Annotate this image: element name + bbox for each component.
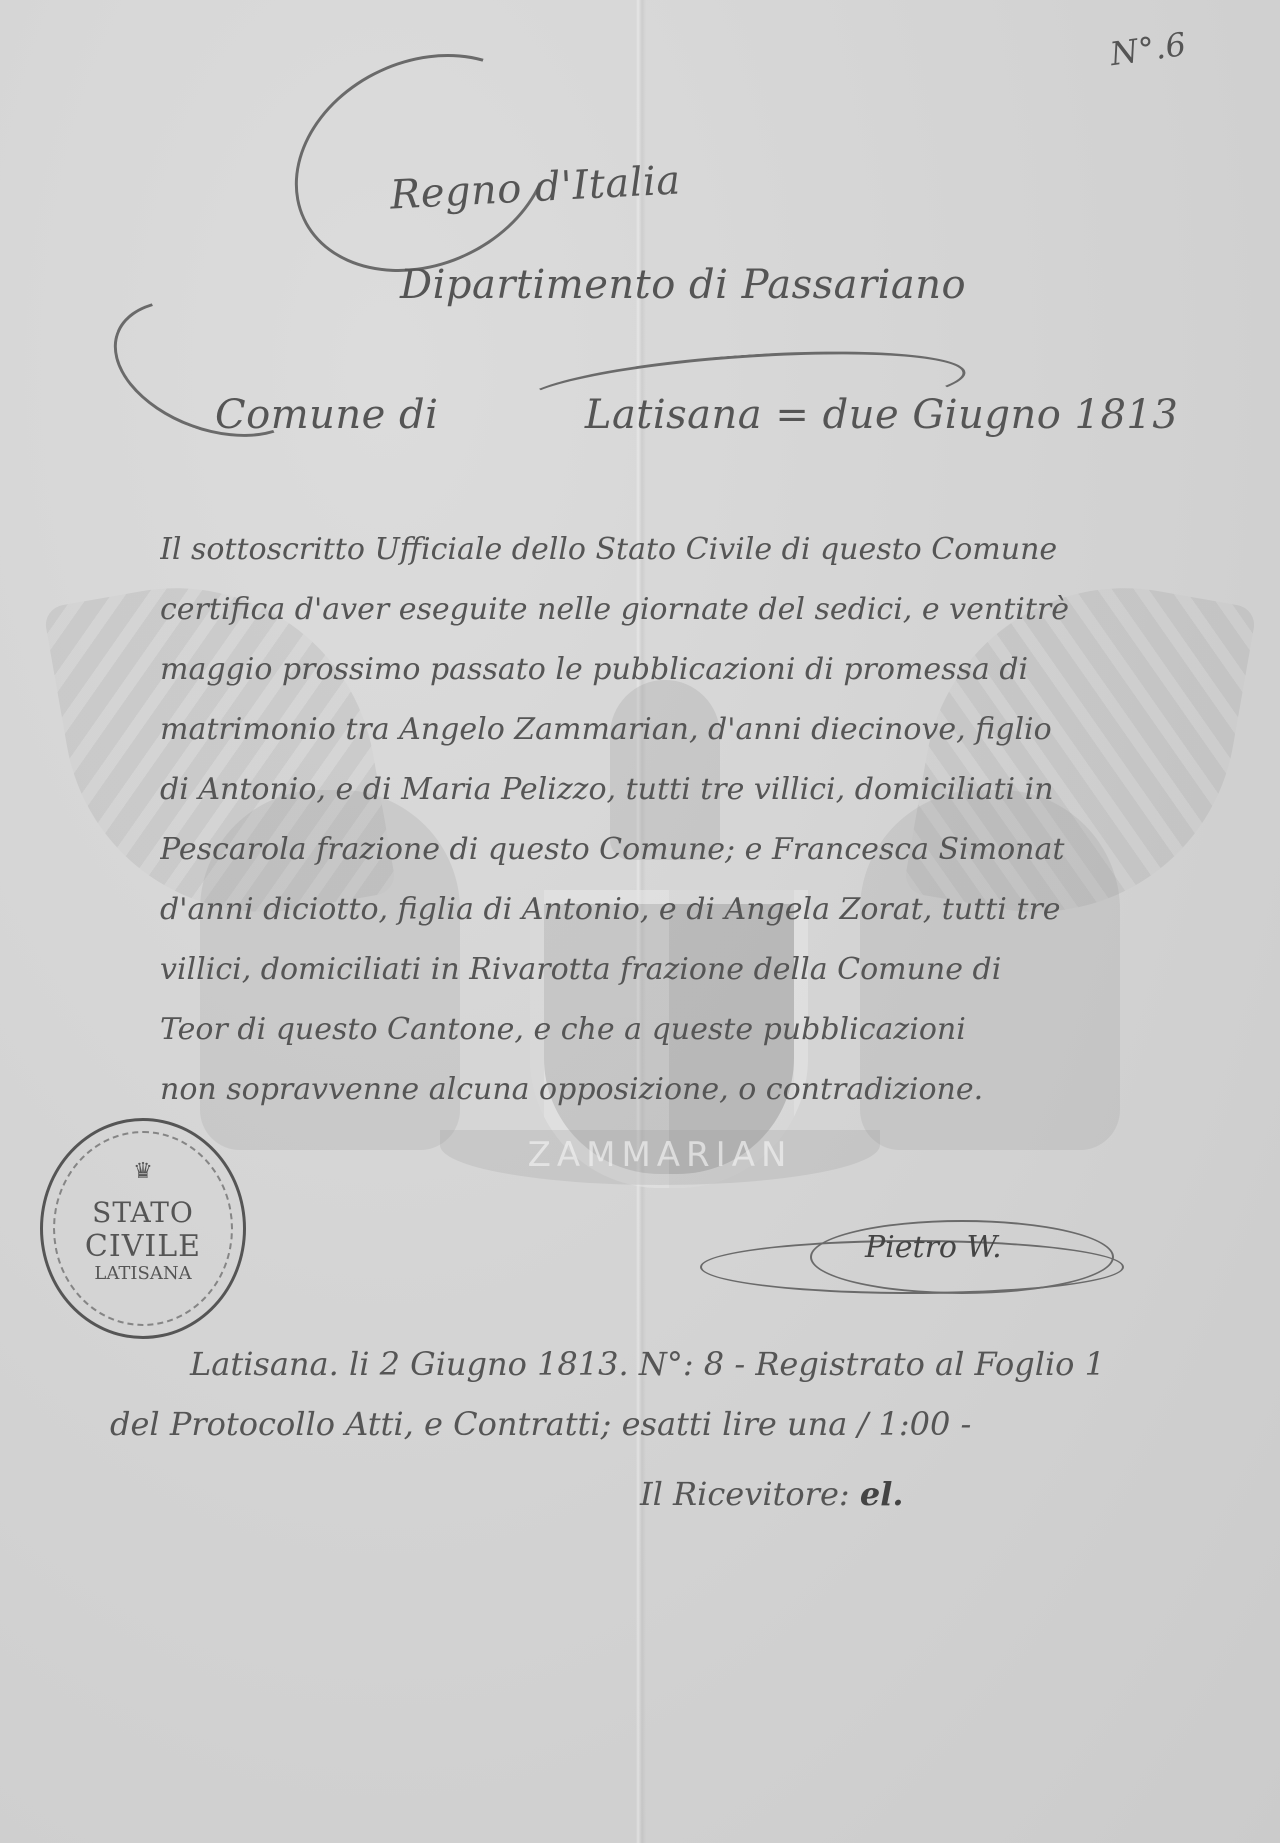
stamp-text-line: CIVILE (43, 1229, 243, 1264)
body-line: villici, domiciliati in Rivarotta frazio… (160, 940, 1270, 1000)
signature-text: Pietro W. (865, 1230, 1002, 1265)
body-line: certifica d'aver eseguite nelle giornate… (160, 580, 1270, 640)
comune-date-line: Comune di Latisana = due Giugno 1813 (215, 392, 1178, 438)
department-heading: Dipartimento di Passariano (400, 262, 966, 308)
document-date: due Giugno 1813 (823, 392, 1179, 438)
document-number: N°.6 (1108, 25, 1189, 73)
stamp-text-line: LATISANA (43, 1263, 243, 1284)
certificate-body: Il sottoscritto Ufficiale dello Stato Ci… (160, 520, 1270, 1120)
document-page: ZAMMARIAN N°.6 Regno d'Italia Dipartimen… (0, 0, 1280, 1843)
body-line: Il sottoscritto Ufficiale dello Stato Ci… (160, 520, 1270, 580)
crown-icon: ♛ (43, 1159, 243, 1184)
comune-name: Latisana (585, 392, 762, 438)
body-line: Teor di questo Cantone, e che a queste p… (160, 1000, 1270, 1060)
body-line: maggio prossimo passato le pubblicazioni… (160, 640, 1270, 700)
stamp-text-line: STATO (43, 1196, 243, 1229)
body-line: matrimonio tra Angelo Zammarian, d'anni … (160, 700, 1270, 760)
date-separator: = (775, 392, 809, 438)
registration-line: Il Ricevitore: el. (640, 1475, 904, 1513)
civil-status-stamp: ♛ STATO CIVILE LATISANA (40, 1118, 246, 1339)
watermark-banner: ZAMMARIAN (440, 1130, 880, 1185)
officer-signature: Pietro W. (700, 1210, 1130, 1300)
body-line: d'anni diciotto, figlia di Antonio, e di… (160, 880, 1270, 940)
body-line: di Antonio, e di Maria Pelizzo, tutti tr… (160, 760, 1270, 820)
receiver-mark: el. (860, 1475, 904, 1513)
receiver-label: Il Ricevitore: (640, 1475, 850, 1513)
registration-line: del Protocollo Atti, e Contratti; esatti… (110, 1405, 971, 1443)
body-line: Pescarola frazione di questo Comune; e F… (160, 820, 1270, 880)
comune-label: Comune di (215, 392, 438, 438)
body-line: non sopravvenne alcuna opposizione, o co… (160, 1060, 1270, 1120)
registration-line: Latisana. li 2 Giugno 1813. N°: 8 - Regi… (190, 1345, 1105, 1383)
